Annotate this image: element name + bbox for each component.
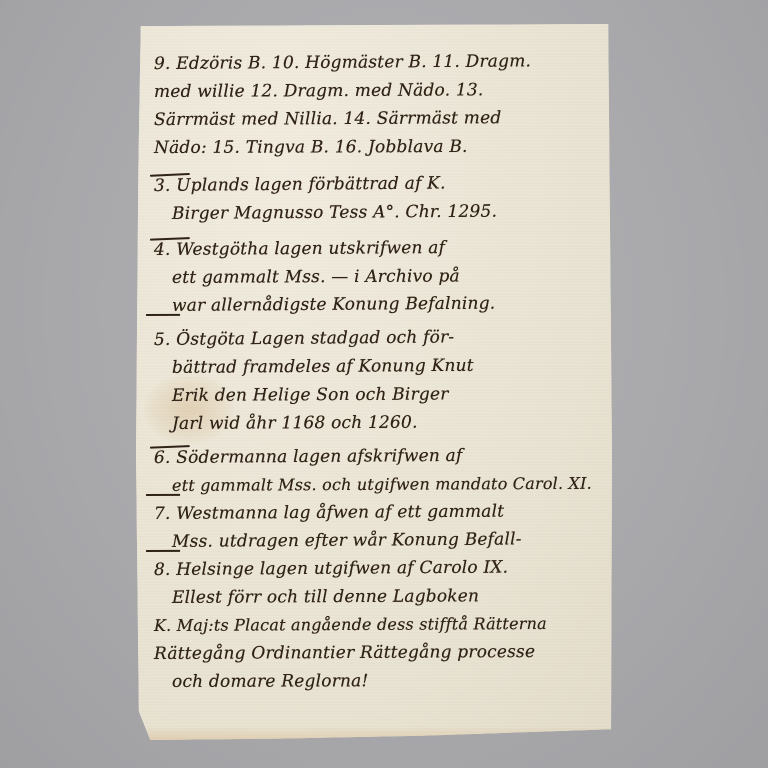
manuscript-line: ett gammalt Mss. — i Archivo på bbox=[154, 262, 602, 292]
manuscript-line-item-5: 5. Östgöta Lagen stadgad och för- bbox=[154, 322, 602, 354]
manuscript-line: Jarl wid åhr 1168 och 1260. bbox=[154, 408, 602, 438]
edge-discoloration bbox=[136, 726, 612, 740]
manuscript-line: Mss. utdragen efter wår Konung Befall- bbox=[154, 525, 602, 556]
manuscript-line: Nädo: 15. Tingva B. 16. Jobblava B. bbox=[154, 132, 602, 162]
manuscript-text: 9. Edzöris B. 10. Högmäster B. 11. Dragm… bbox=[154, 50, 602, 696]
manuscript-line: Birger Magnusso Tess A°. Chr. 1295. bbox=[154, 197, 602, 228]
manuscript-line: med willie 12. Dragm. med Nädo. 13. bbox=[154, 76, 602, 106]
manuscript-line: Särrmäst med Nillia. 14. Särrmäst med bbox=[154, 104, 602, 134]
manuscript-line: ett gammalt Mss. och utgifwen mandato Ca… bbox=[154, 470, 602, 500]
manuscript-line: Ellest förr och till denne Lagboken bbox=[154, 582, 602, 612]
manuscript-line: 9. Edzöris B. 10. Högmäster B. 11. Dragm… bbox=[154, 47, 602, 78]
manuscript-line-item-8: 8. Helsinge lagen utgifwen af Carolo IX. bbox=[154, 553, 602, 584]
manuscript-line: och domare Reglorna! bbox=[154, 666, 602, 696]
manuscript-sheet: 9. Edzöris B. 10. Högmäster B. 11. Dragm… bbox=[136, 24, 612, 740]
manuscript-line-item-7: 7. Westmanna lag åfwen af ett gammalt bbox=[154, 497, 602, 528]
manuscript-line: K. Maj:ts Placat angående dess stifftå R… bbox=[154, 610, 602, 640]
manuscript-line-item-3: 3. Uplands lagen förbättrad af K. bbox=[154, 168, 602, 200]
manuscript-line: Rättegång Ordinantier Rättegång processe bbox=[154, 638, 602, 668]
manuscript-line: bättrad framdeles af Konung Knut bbox=[154, 351, 602, 382]
manuscript-line: Erik den Helige Son och Birger bbox=[154, 380, 602, 410]
manuscript-line-item-4: 4. Westgötha lagen utskrifwen af bbox=[154, 233, 602, 264]
manuscript-line: war allernådigste Konung Befalning. bbox=[154, 289, 602, 320]
manuscript-line-item-6: 6. Södermanna lagen afskrifwen af bbox=[154, 441, 602, 472]
